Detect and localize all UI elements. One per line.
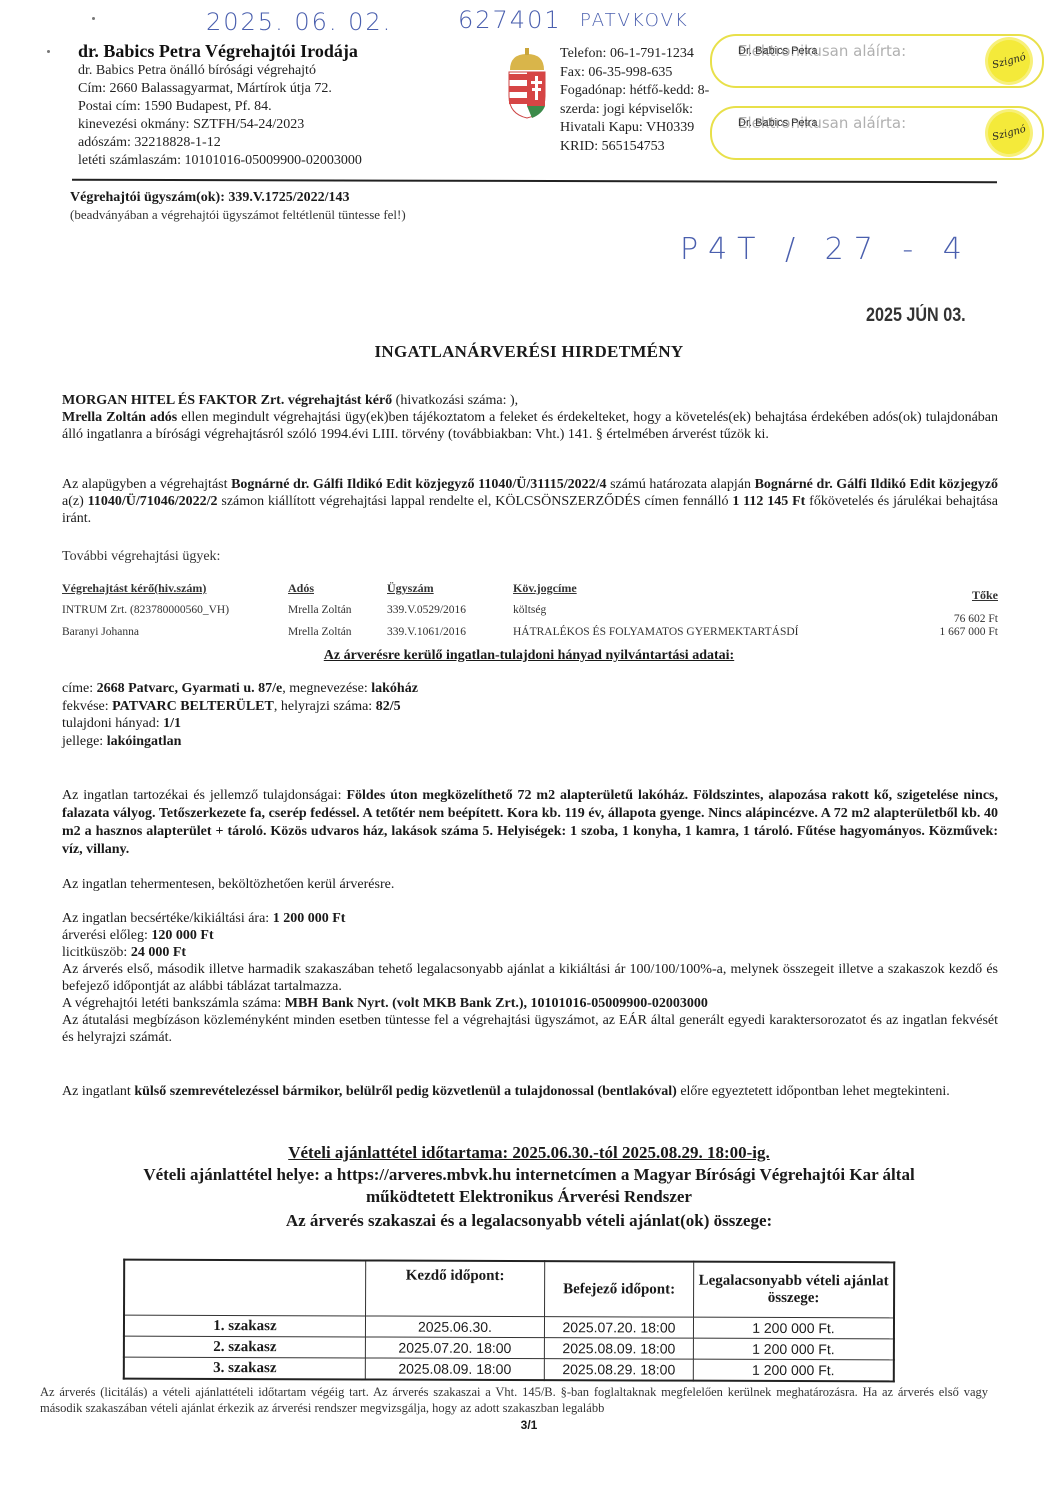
- handwritten-place: PATVKOVK: [580, 10, 689, 31]
- debtor-name: Mrella Zoltán adós: [62, 410, 177, 425]
- writ-number: 11040/Ü/71046/2022/2: [88, 494, 218, 509]
- bidding-place-line: működtetett Elektronikus Árverési Rendsz…: [0, 1186, 1058, 1207]
- contact-block: Telefon: 06-1-791-1234 Fax: 06-35-998-63…: [560, 45, 709, 156]
- contact-fax: Fax: 06-35-998-635: [560, 64, 709, 83]
- page-number: 3/1: [0, 1418, 1058, 1432]
- cell-principal: 1 667 000 Ft: [915, 625, 1002, 638]
- table-header-row: Végrehajtást kérő(hiv.szám) Adós Ügyszám…: [62, 574, 1002, 603]
- basis-paragraph: Az alapügyben a végrehajtást Bognárné dr…: [62, 476, 998, 527]
- label: címe:: [62, 681, 97, 696]
- office-line: kinevezési okmány: SZTFH/54-24/2023: [78, 116, 362, 134]
- office-line: Cím: 2660 Balassagyarmat, Mártírok útja …: [78, 80, 362, 98]
- table-header-row: Kezdő időpont: Befejező időpont: Legalac…: [124, 1260, 894, 1318]
- label: licitküszöb:: [62, 945, 131, 960]
- property-type: lakóingatlan: [107, 734, 182, 749]
- cell-case-number: 339.V.1061/2016: [387, 625, 513, 638]
- signature-seal-icon: Szignó: [983, 107, 1034, 158]
- text: számú határozata alapján: [606, 477, 754, 492]
- office-line: adószám: 32218828-1-12: [78, 134, 362, 152]
- table-row: 1. szakasz 2025.06.30. 2025.07.20. 18:00…: [124, 1315, 894, 1339]
- auction-stages-table: Kezdő időpont: Befejező időpont: Legalac…: [123, 1259, 895, 1383]
- cell-start: 2025.06.30.: [365, 1316, 544, 1338]
- starting-price: 1 200 000 Ft: [273, 911, 346, 926]
- cell-start: 2025.07.20. 18:00: [365, 1337, 544, 1359]
- received-date-stamp: 2025 JÚN 03.: [866, 305, 966, 327]
- cell-stage: 1. szakasz: [124, 1315, 366, 1337]
- column-header: [124, 1260, 366, 1316]
- label: Az ingatlan becsértéke/kikiáltási ára:: [62, 911, 273, 926]
- property-designation: lakóház: [371, 681, 418, 696]
- column-header: Köv.jogcíme: [513, 574, 915, 603]
- cell-claim-title: HÁTRALÉKOS ÉS FOLYAMATOS GYERMEKTARTÁSDÍ: [513, 625, 915, 638]
- pricing-block: Az ingatlan becsértéke/kikiáltási ára: 1…: [62, 910, 998, 1046]
- label: tulajdoni hányad:: [62, 716, 163, 731]
- cell-creditor: Baranyi Johanna: [62, 625, 288, 638]
- table-row: 2. szakasz 2025.07.20. 18:00 2025.08.09.…: [124, 1336, 894, 1360]
- text: a(z): [62, 494, 88, 509]
- cell-stage: 3. szakasz: [124, 1357, 366, 1379]
- cell-case-number: 339.V.0529/2016: [387, 603, 513, 625]
- table-row: INTRUM Zrt. (823780000560_VH) Mrella Zol…: [62, 603, 1002, 625]
- label: Az ingatlan tartozékai és jellemző tulaj…: [62, 788, 346, 803]
- column-header: Befejező időpont:: [545, 1261, 694, 1317]
- principal-claim: 1 112 145 Ft: [732, 494, 805, 509]
- bidding-place-line: Vételi ajánlattétel helye: a https://arv…: [0, 1164, 1058, 1185]
- notary-decision: Bognárné dr. Gálfi Ildikó Edit közjegyző…: [231, 477, 606, 492]
- e-signature-box: Elektronikusan aláírta: Dr. Babics Petra…: [710, 106, 1044, 160]
- property-location: PATVARC BELTERÜLET: [112, 699, 274, 714]
- text: számon kiállított végrehajtási lappal re…: [218, 494, 733, 509]
- label: fekvése:: [62, 699, 112, 714]
- intro-text: ellen megindult végrehajtási ügy(ek)ben …: [62, 410, 998, 442]
- other-cases-heading: További végrehajtási ügyek:: [62, 548, 998, 565]
- label: A végrehajtói letéti bankszámla száma:: [62, 996, 285, 1011]
- contact-phone: Telefon: 06-1-791-1234: [560, 45, 709, 64]
- column-header: Tőke: [915, 574, 1002, 603]
- office-line: dr. Babics Petra önálló bírósági végreha…: [78, 62, 362, 80]
- label: , megnevezése:: [282, 681, 371, 696]
- encumbrance-statement: Az ingatlan tehermentesen, beköltözhetőe…: [62, 876, 998, 893]
- cell-min-bid: 1 200 000 Ft.: [693, 1317, 894, 1339]
- bidding-period: Vételi ajánlattétel időtartama: 2025.06.…: [0, 1142, 1058, 1163]
- scan-speck: [47, 50, 50, 53]
- cell-min-bid: 1 200 000 Ft.: [693, 1338, 894, 1360]
- cell-claim-title: költség: [513, 603, 915, 625]
- e-signature-name: Dr. Babics Petra: [738, 117, 817, 129]
- cell-creditor: INTRUM Zrt. (823780000560_VH): [62, 603, 288, 625]
- cell-principal: 76 602 Ft: [915, 603, 1002, 625]
- cell-end: 2025.08.29. 18:00: [544, 1359, 693, 1381]
- handwritten-date: 2025. 06. 02.: [206, 8, 392, 36]
- hungarian-coat-of-arms-icon: [504, 48, 550, 120]
- column-header: Adós: [288, 574, 387, 603]
- footer-paragraph: Az árverés (licitálás) a vételi ajánlatt…: [40, 1384, 988, 1416]
- label: árverési előleg:: [62, 928, 151, 943]
- office-line: Postai cím: 1590 Budapest, Pf. 84.: [78, 98, 362, 116]
- text: előre egyeztetett időpontban lehet megte…: [677, 1084, 950, 1099]
- cell-start: 2025.08.09. 18:00: [365, 1358, 544, 1380]
- handwritten-filing-number: P4T / 27 - 4: [680, 232, 972, 267]
- cell-stage: 2. szakasz: [124, 1336, 366, 1358]
- label: jellege:: [62, 734, 107, 749]
- e-signature-box: Elektronikusan aláírta: Dr. Babics Petra…: [710, 34, 1044, 88]
- contact-reception: Fogadónap: hétfő-kedd: 8-: [560, 82, 709, 101]
- cell-debtor: Mrella Zoltán: [288, 625, 387, 638]
- auction-deposit: 120 000 Ft: [151, 928, 213, 943]
- cell-debtor: Mrella Zoltán: [288, 603, 387, 625]
- ownership-share: 1/1: [163, 716, 181, 731]
- e-signature-name: Dr. Babics Petra: [738, 45, 817, 57]
- transfer-note: Az átutalási megbízáson közleményként mi…: [62, 1013, 998, 1045]
- office-header: dr. Babics Petra Végrehajtói Irodája dr.…: [78, 40, 362, 170]
- table-row: 3. szakasz 2025.08.09. 18:00 2025.08.29.…: [124, 1357, 894, 1381]
- intro-paragraph: MORGAN HITEL ÉS FAKTOR Zrt. végrehajtást…: [62, 392, 998, 443]
- office-name: dr. Babics Petra Végrehajtói Irodája: [78, 40, 362, 62]
- property-address: 2668 Patvarc, Gyarmati u. 87/e: [97, 681, 283, 696]
- property-features: Az ingatlan tartozékai és jellemző tulaj…: [62, 787, 998, 859]
- stages-text: Az árverés első, második illetve harmadi…: [62, 962, 998, 994]
- scan-speck: [92, 17, 95, 20]
- case-number-note: (beadványában a végrehajtói ügyszámot fe…: [70, 207, 406, 223]
- stages-heading: Az árverés szakaszai és a legalacsonyabb…: [0, 1210, 1058, 1231]
- cell-end: 2025.08.09. 18:00: [544, 1338, 693, 1360]
- inspection-paragraph: Az ingatlant külső szemrevételezéssel bá…: [62, 1083, 998, 1100]
- property-registry-data: címe: 2668 Patvarc, Gyarmati u. 87/e, me…: [62, 680, 998, 750]
- label: , helyrajzi száma:: [274, 699, 376, 714]
- document-title: INGATLANÁRVERÉSI HIRDETMÉNY: [0, 342, 1058, 362]
- text: Az alapügyben a végrehajtást: [62, 477, 231, 492]
- cell-end: 2025.07.20. 18:00: [544, 1317, 693, 1339]
- property-section-heading: Az árverésre kerülő ingatlan-tulajdoni h…: [0, 648, 1058, 664]
- bank-account: MBH Bank Nyrt. (volt MKB Bank Zrt.), 101…: [285, 996, 708, 1011]
- parcel-number: 82/5: [376, 699, 401, 714]
- table-row: Baranyi Johanna Mrella Zoltán 339.V.1061…: [62, 625, 1002, 638]
- column-header: Legalacsonyabb vételi ajánlat összege:: [694, 1262, 895, 1318]
- contact-krid: KRID: 565154753: [560, 138, 709, 157]
- case-number: Végrehajtói ügyszám(ok): 339.V.1725/2022…: [70, 190, 349, 206]
- text: Az ingatlant: [62, 1084, 134, 1099]
- contact-legal-reps: szerda: jogi képviselők:: [560, 101, 709, 120]
- header-divider: [72, 179, 997, 183]
- handwritten-reference: 627401: [458, 6, 562, 34]
- cell-min-bid: 1 200 000 Ft.: [693, 1359, 894, 1381]
- bid-increment: 24 000 Ft: [131, 945, 186, 960]
- other-cases-table: Végrehajtást kérő(hiv.szám) Adós Ügyszám…: [62, 574, 1002, 638]
- creditor-ref: (hivatkozási száma: ),: [392, 393, 518, 408]
- inspection-terms: külső szemrevételezéssel bármikor, belül…: [134, 1084, 677, 1099]
- contact-office-gateway: Hivatali Kapu: VH0339: [560, 119, 709, 138]
- column-header: Kezdő időpont:: [366, 1260, 545, 1316]
- notary-name: Bognárné dr. Gálfi Ildikó Edit közjegyző: [755, 477, 998, 492]
- column-header: Ügyszám: [387, 574, 513, 603]
- creditor-name: MORGAN HITEL ÉS FAKTOR Zrt. végrehajtást…: [62, 393, 392, 408]
- signature-seal-icon: Szignó: [983, 35, 1034, 86]
- column-header: Végrehajtást kérő(hiv.szám): [62, 574, 288, 603]
- office-line: letéti számlaszám: 10101016-05009900-020…: [78, 152, 362, 170]
